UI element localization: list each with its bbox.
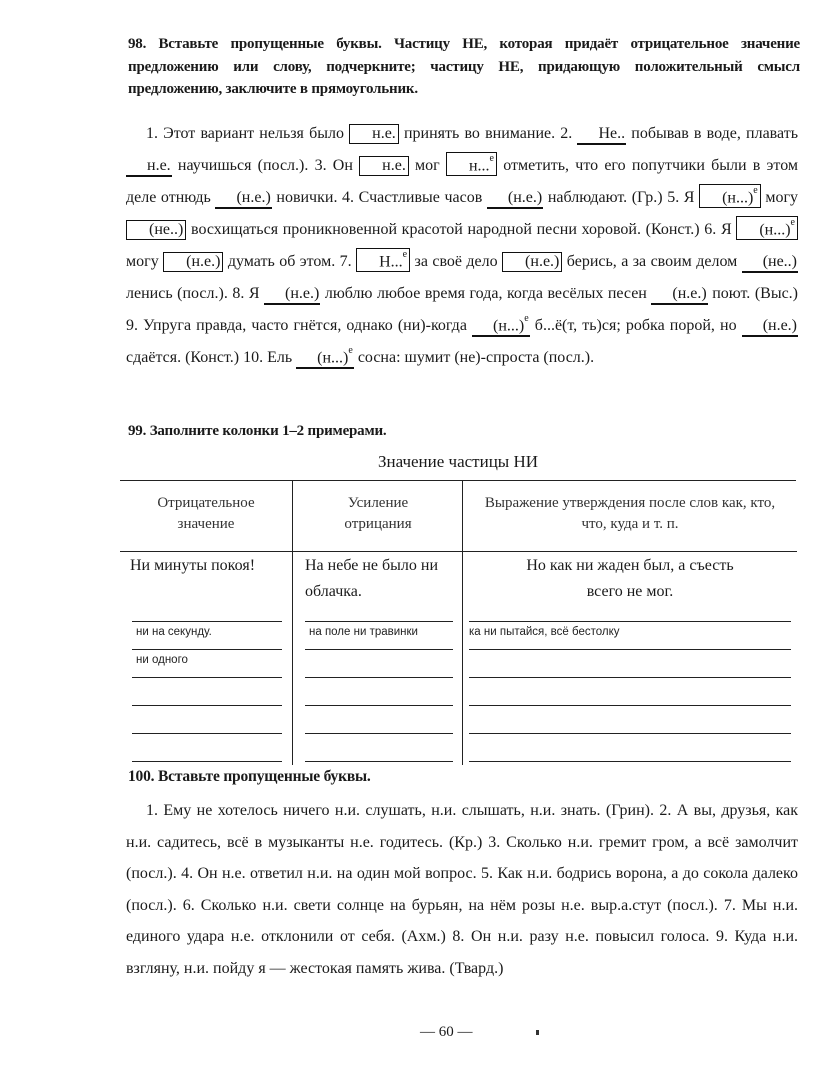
boxed-particle[interactable]: Н...е	[356, 248, 410, 272]
inserted-letter: е	[753, 185, 757, 196]
answer-line	[132, 705, 282, 706]
column-example: На небе не было ни облачка.	[305, 553, 443, 605]
answer-input[interactable]: ка ни пытайся, всё бестолку	[469, 626, 620, 638]
page-number: — 60 —	[420, 1024, 473, 1041]
scan-artifact	[536, 1030, 539, 1035]
underlined-particle[interactable]: (н.е.)	[742, 317, 798, 337]
exercise-98-instructions: 98. Вставьте пропущенные буквы. Частицу …	[128, 33, 800, 101]
boxed-particle[interactable]: н.е.	[359, 156, 409, 176]
table-caption: Значение частицы НИ	[120, 452, 796, 472]
particle-ni-table: Отрицательное значение Ни минуты покоя! …	[120, 480, 796, 765]
inserted-letter: е	[791, 217, 795, 228]
boxed-particle[interactable]: н.е.	[349, 124, 399, 144]
answer-line	[132, 761, 282, 762]
answer-line	[469, 621, 791, 622]
underlined-particle[interactable]: (н...)е	[472, 313, 530, 337]
underlined-particle[interactable]: (не..)	[742, 253, 798, 273]
answer-line	[132, 733, 282, 734]
boxed-particle[interactable]: (н...)е	[736, 216, 798, 240]
column-header: Выражение утверждения после слов как, кт…	[463, 493, 797, 535]
answer-line	[305, 649, 453, 650]
answer-line	[305, 761, 453, 762]
answer-line	[305, 621, 453, 622]
underlined-particle[interactable]: (н...)е	[296, 345, 354, 369]
answer-line	[469, 649, 791, 650]
inserted-letter: е	[490, 153, 494, 164]
answer-line	[132, 621, 282, 622]
header-divider	[120, 551, 292, 552]
exercise-100-text: 1. Ему не хотелось ничего н.и. слушать, …	[126, 795, 798, 984]
answer-input[interactable]: ни на секунду.	[136, 626, 212, 638]
exercise-99-instructions: 99. Заполните колонки 1–2 примерами.	[128, 420, 800, 443]
answer-line	[469, 677, 791, 678]
underlined-particle[interactable]: н.е.	[126, 157, 172, 177]
answer-line	[132, 649, 282, 650]
answer-line	[469, 761, 791, 762]
underlined-particle[interactable]: (н.е.)	[215, 189, 271, 209]
header-divider	[463, 551, 797, 552]
underlined-particle[interactable]: (н.е.)	[487, 189, 543, 209]
column-affirmation: Выражение утверждения после слов как, кт…	[462, 481, 797, 765]
column-example: Ни минуты покоя!	[130, 553, 292, 579]
boxed-particle[interactable]: (н.е.)	[163, 252, 223, 272]
column-example: Но как ни жаден был, а съесть всего не м…	[463, 553, 797, 605]
answer-line	[305, 677, 453, 678]
exercise-98-text: 1. Этот вариант нельзя было н.е. принять…	[126, 118, 798, 374]
answer-line	[305, 733, 453, 734]
underlined-particle[interactable]: (н.е.)	[264, 285, 320, 305]
exercise-100-instructions: 100. Вставьте пропущенные буквы.	[128, 766, 800, 789]
inserted-letter: е	[524, 313, 528, 324]
header-divider	[293, 551, 463, 552]
boxed-particle[interactable]: н...е	[446, 152, 497, 176]
column-header: Отрицательное значение	[120, 493, 292, 535]
boxed-particle[interactable]: (н...)е	[699, 184, 761, 208]
inserted-letter: е	[348, 345, 352, 356]
column-negation-intensifier: Усиление отрицания На небе не было ни об…	[292, 481, 463, 765]
answer-line	[469, 733, 791, 734]
inserted-letter: е	[403, 249, 407, 260]
column-negative-meaning: Отрицательное значение Ни минуты покоя! …	[120, 481, 292, 765]
answer-input[interactable]: ни одного	[136, 654, 188, 666]
column-header: Усиление отрицания	[293, 493, 463, 535]
underlined-particle[interactable]: Не..	[577, 125, 626, 145]
boxed-particle[interactable]: (н.е.)	[502, 252, 562, 272]
answer-line	[305, 705, 453, 706]
boxed-particle[interactable]: (не..)	[126, 220, 186, 240]
answer-line	[132, 677, 282, 678]
answer-input[interactable]: на поле ни травинки	[309, 626, 418, 638]
underlined-particle[interactable]: (н.е.)	[651, 285, 707, 305]
answer-line	[469, 705, 791, 706]
